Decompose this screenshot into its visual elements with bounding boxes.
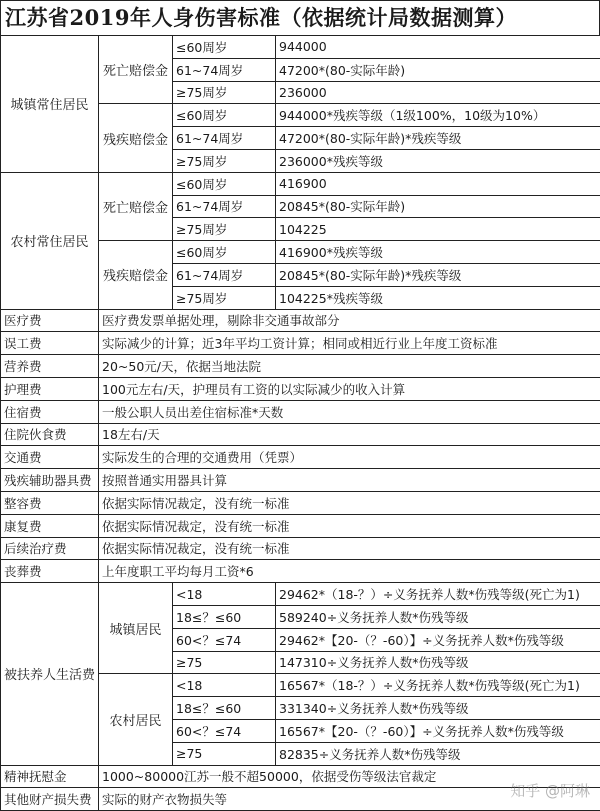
fee-desc: 实际发生的合理的交通费用（凭票） bbox=[99, 446, 600, 469]
dependent-expense-label: 被扶养人生活费 bbox=[1, 583, 99, 765]
value-cell: 20845*(80-实际年龄) bbox=[276, 195, 600, 218]
fee-name: 康复费 bbox=[1, 514, 99, 537]
age-cell: ≥75 bbox=[173, 651, 276, 674]
table-row: 被扶养人生活费 城镇居民 <18 29462*（18-？）÷义务抚养人数*伤残等… bbox=[1, 583, 600, 606]
urban-resident-label: 城镇常住居民 bbox=[1, 36, 99, 173]
fee-name: 误工费 bbox=[1, 332, 99, 355]
fee-row: 其他财产损失费实际的财产衣物损失等 bbox=[1, 788, 600, 811]
value-cell: 29462*【20-（？-60）】÷义务抚养人数*伤残等级 bbox=[276, 628, 600, 651]
fee-row: 精神抚慰金1000~80000江苏一般不超50000，依据受伤等级法官裁定 bbox=[1, 765, 600, 788]
value-cell: 29462*（18-？）÷义务抚养人数*伤残等级(死亡为1) bbox=[276, 583, 600, 606]
age-cell: <18 bbox=[173, 583, 276, 606]
value-cell: 331340÷义务抚养人数*伤残等级 bbox=[276, 697, 600, 720]
fee-desc: 一般公职人员出差住宿标准*天数 bbox=[99, 400, 600, 423]
fee-desc: 1000~80000江苏一般不超50000，依据受伤等级法官裁定 bbox=[99, 765, 600, 788]
age-cell: 18≤？≤60 bbox=[173, 605, 276, 628]
fee-name: 精神抚慰金 bbox=[1, 765, 99, 788]
fee-name: 住院伙食费 bbox=[1, 423, 99, 446]
fee-desc: 20~50元/天，依据当地法院 bbox=[99, 355, 600, 378]
fee-row: 误工费实际减少的计算；近3年平均工资计算；相同或相近行业上年度工资标准 bbox=[1, 332, 600, 355]
fee-name: 住宿费 bbox=[1, 400, 99, 423]
rural-resident-label: 农村常住居民 bbox=[1, 172, 99, 309]
value-cell: 20845*(80-实际年龄)*残疾等级 bbox=[276, 263, 600, 286]
fee-name: 营养费 bbox=[1, 355, 99, 378]
fee-desc: 医疗费发票单据处理，剔除非交通事故部分 bbox=[99, 309, 600, 332]
value-cell: 416900 bbox=[276, 172, 600, 195]
fee-desc: 按照普通实用器具计算 bbox=[99, 469, 600, 492]
fee-row: 护理费100元左右/天，护理员有工资的以实际减少的收入计算 bbox=[1, 377, 600, 400]
age-cell: ≤60周岁 bbox=[173, 172, 276, 195]
fee-row: 医疗费医疗费发票单据处理，剔除非交通事故部分 bbox=[1, 309, 600, 332]
fee-desc: 依据实际情况裁定，没有统一标准 bbox=[99, 491, 600, 514]
rural-dependent-label: 农村居民 bbox=[99, 674, 173, 765]
table-row: 城镇常住居民 死亡赔偿金 ≤60周岁 944000 bbox=[1, 36, 600, 59]
fee-name: 护理费 bbox=[1, 377, 99, 400]
fee-name: 整容费 bbox=[1, 491, 99, 514]
value-cell: 16567*【20-（？-60）】÷义务抚养人数*伤残等级 bbox=[276, 719, 600, 742]
age-cell: 61~74周岁 bbox=[173, 58, 276, 81]
disability-compensation-label: 残疾赔偿金 bbox=[99, 241, 173, 309]
value-cell: 944000 bbox=[276, 36, 600, 59]
value-cell: 104225 bbox=[276, 218, 600, 241]
age-cell: ≤60周岁 bbox=[173, 241, 276, 264]
age-cell: 61~74周岁 bbox=[173, 263, 276, 286]
disability-compensation-label: 残疾赔偿金 bbox=[99, 104, 173, 172]
page-title: 江苏省2019年人身伤害标准（依据统计局数据测算） bbox=[0, 0, 600, 35]
fee-desc: 100元左右/天，护理员有工资的以实际减少的收入计算 bbox=[99, 377, 600, 400]
death-compensation-label: 死亡赔偿金 bbox=[99, 172, 173, 240]
value-cell: 16567*（18-？）÷义务抚养人数*伤残等级(死亡为1) bbox=[276, 674, 600, 697]
fee-desc: 上年度职工平均每月工资*6 bbox=[99, 560, 600, 583]
fee-desc: 依据实际情况裁定，没有统一标准 bbox=[99, 514, 600, 537]
fee-row: 交通费实际发生的合理的交通费用（凭票） bbox=[1, 446, 600, 469]
fee-row: 残疾辅助器具费按照普通实用器具计算 bbox=[1, 469, 600, 492]
injury-standards-table: 城镇常住居民 死亡赔偿金 ≤60周岁 944000 61~74周岁 47200*… bbox=[0, 35, 600, 811]
value-cell: 944000*残疾等级（1级100%，10级为10%） bbox=[276, 104, 600, 127]
value-cell: 104225*残疾等级 bbox=[276, 286, 600, 309]
value-cell: 416900*残疾等级 bbox=[276, 241, 600, 264]
age-cell: 18≤？≤60 bbox=[173, 697, 276, 720]
death-compensation-label: 死亡赔偿金 bbox=[99, 36, 173, 104]
fee-name: 后续治疗费 bbox=[1, 537, 99, 560]
fee-desc: 18左右/天 bbox=[99, 423, 600, 446]
urban-dependent-label: 城镇居民 bbox=[99, 583, 173, 674]
age-cell: ≥75周岁 bbox=[173, 286, 276, 309]
fee-row: 康复费依据实际情况裁定，没有统一标准 bbox=[1, 514, 600, 537]
fee-row: 住宿费一般公职人员出差住宿标准*天数 bbox=[1, 400, 600, 423]
fee-desc: 依据实际情况裁定，没有统一标准 bbox=[99, 537, 600, 560]
fee-row: 营养费20~50元/天，依据当地法院 bbox=[1, 355, 600, 378]
age-cell: 60<？≤74 bbox=[173, 719, 276, 742]
value-cell: 47200*(80-实际年龄) bbox=[276, 58, 600, 81]
age-cell: ≤60周岁 bbox=[173, 36, 276, 59]
table-row: 农村常住居民 死亡赔偿金 ≤60周岁 416900 bbox=[1, 172, 600, 195]
fee-name: 残疾辅助器具费 bbox=[1, 469, 99, 492]
fee-name: 其他财产损失费 bbox=[1, 788, 99, 811]
fee-row: 住院伙食费18左右/天 bbox=[1, 423, 600, 446]
age-cell: ≥75周岁 bbox=[173, 149, 276, 172]
fee-name: 交通费 bbox=[1, 446, 99, 469]
fee-row: 丧葬费上年度职工平均每月工资*6 bbox=[1, 560, 600, 583]
age-cell: ≥75 bbox=[173, 742, 276, 765]
fee-row: 整容费依据实际情况裁定，没有统一标准 bbox=[1, 491, 600, 514]
value-cell: 147310÷义务抚养人数*伤残等级 bbox=[276, 651, 600, 674]
age-cell: 60<？≤74 bbox=[173, 628, 276, 651]
value-cell: 236000*残疾等级 bbox=[276, 149, 600, 172]
age-cell: ≤60周岁 bbox=[173, 104, 276, 127]
fee-name: 医疗费 bbox=[1, 309, 99, 332]
fee-desc: 实际减少的计算；近3年平均工资计算；相同或相近行业上年度工资标准 bbox=[99, 332, 600, 355]
value-cell: 589240÷义务抚养人数*伤残等级 bbox=[276, 605, 600, 628]
age-cell: ≥75周岁 bbox=[173, 81, 276, 104]
fee-desc: 实际的财产衣物损失等 bbox=[99, 788, 600, 811]
age-cell: <18 bbox=[173, 674, 276, 697]
age-cell: 61~74周岁 bbox=[173, 127, 276, 150]
value-cell: 82835÷义务抚养人数*伤残等级 bbox=[276, 742, 600, 765]
value-cell: 47200*(80-实际年龄)*残疾等级 bbox=[276, 127, 600, 150]
fee-name: 丧葬费 bbox=[1, 560, 99, 583]
age-cell: 61~74周岁 bbox=[173, 195, 276, 218]
fee-row: 后续治疗费依据实际情况裁定，没有统一标准 bbox=[1, 537, 600, 560]
age-cell: ≥75周岁 bbox=[173, 218, 276, 241]
value-cell: 236000 bbox=[276, 81, 600, 104]
